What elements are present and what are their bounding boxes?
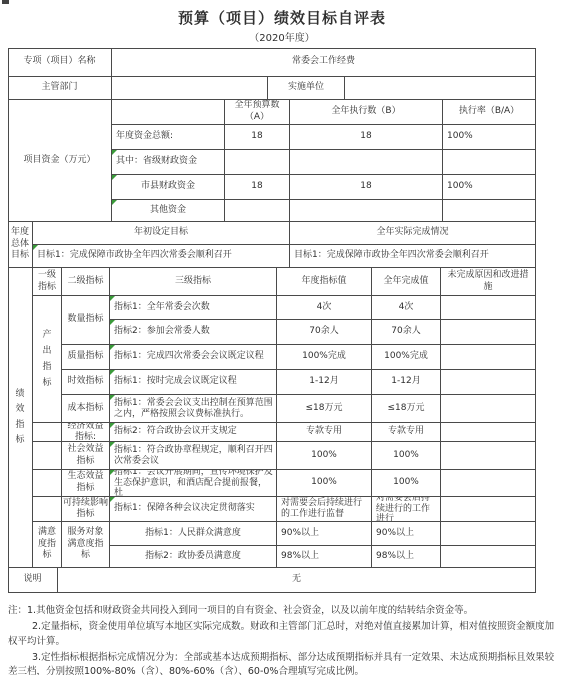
cell-dept-label: 主管部门 — [8, 77, 112, 100]
cell-header-l3: 三级指标 — [110, 268, 277, 296]
cell-text: 执行率（B/A） — [459, 106, 519, 118]
cell-indicator-l3: 指标1：符合政协章程规定，顺利召开四次常委会议 — [110, 442, 277, 470]
cell-col-exec-header: 全年执行数（B） — [290, 100, 443, 125]
cell-indicator-annual: 1-12月 — [277, 370, 372, 395]
cell-header-reason: 未完成原因和改进措施 — [441, 268, 536, 296]
cell-text: 指标1：会议开展期间，宣传环境保护及生态保护意识，和酒店配合提前报餐，杜 — [114, 470, 274, 497]
cell-indicator-annual: 对需要会后持续进行的工作进行监督 — [277, 497, 372, 522]
cell-text: 100%完成 — [302, 351, 346, 363]
cell-text: 二级指标 — [67, 276, 103, 288]
cell-indicator-done: 98%以上 — [372, 546, 441, 568]
cell-text: ≤18万元 — [388, 403, 425, 415]
cell-prov-budget — [225, 150, 290, 175]
cell-project-name-label: 专项（项目）名称 — [8, 48, 112, 77]
cell-text: 数量指标 — [65, 314, 107, 326]
cell-impl-unit-label: 实施单位 — [268, 77, 345, 100]
cell-indicator-reason — [441, 395, 536, 423]
cell-text: 指标2：符合政协会议开支规定 — [114, 426, 237, 438]
cell-group-empty — [33, 497, 62, 522]
cell-group-empty — [33, 423, 62, 442]
cell-l2-social: 社会效益指标 — [62, 442, 110, 470]
cell-total-rate: 100% — [443, 125, 536, 150]
cell-text: 90%以上 — [376, 528, 414, 540]
cell-indicator-done: 对需要会后持续进行的工作进行 — [372, 497, 441, 522]
cell-col-budget-header: 全年预算数（A） — [225, 100, 290, 125]
cell-indicator-reason — [441, 423, 536, 442]
cell-goal-plan-text: 目标1：完成保障市政协全年四次常委会顺利召开 — [33, 245, 290, 268]
cell-indicator-reason — [441, 296, 536, 320]
cell-text: 1-12月 — [391, 376, 420, 388]
cell-text: 100% — [393, 477, 419, 489]
cell-group-output: 产出指标 — [33, 296, 62, 423]
cell-flag-icon — [112, 175, 117, 180]
cell-group-satisfaction: 满意度指标 — [33, 522, 62, 568]
cell-text: 指标2：参加会常委人数 — [114, 326, 210, 338]
cell-flag-icon — [110, 395, 115, 400]
cell-indicator-annual: ≤18万元 — [277, 395, 372, 423]
cell-indicator-l3: 指标1：全年常委会次数 — [110, 296, 277, 320]
cell-flag-icon — [110, 370, 115, 375]
cell-group-empty — [33, 470, 62, 497]
cell-remark-label: 说明 — [8, 568, 58, 593]
cell-indicator-done: 100% — [372, 470, 441, 497]
cell-indicator-l3: 指标2：参加会常委人数 — [110, 320, 277, 345]
cell-text: 目标1：完成保障市政协全年四次常委会顺利召开 — [37, 250, 232, 262]
cell-text: 专项（项目）名称 — [23, 56, 95, 68]
footnote-3: 3.定性指标根据指标完成情况分为：全部或基本达成预期指标、部分达成预期指标并具有… — [8, 651, 556, 675]
cell-text: 90%以上 — [281, 528, 319, 540]
cell-text: 100%完成 — [384, 351, 428, 363]
cell-text: 一级指标 — [36, 270, 58, 293]
cell-header-l2: 二级指标 — [62, 268, 110, 296]
cell-flag-icon — [110, 470, 115, 475]
cell-indicator-annual: 100% — [277, 442, 372, 470]
cell-text: 18 — [251, 181, 262, 193]
cell-text: 4次 — [317, 302, 332, 314]
cell-text: 指标1：人民群众满意度 — [145, 528, 241, 540]
cell-text: 指标1：常委会会议支出控制在预算范围之内，严格按照会议费标准执行。 — [114, 398, 274, 420]
cell-indicator-reason — [441, 442, 536, 470]
cell-text: ≤18万元 — [306, 403, 343, 415]
cell-indicator-done: 4次 — [372, 296, 441, 320]
cell-indicator-reason — [441, 546, 536, 568]
cell-indicator-l3: 指标1：完成四次常委会会议既定议程 — [110, 345, 277, 370]
cell-text: 70余人 — [391, 326, 420, 338]
cell-text: 4次 — [399, 302, 414, 314]
cell-indicator-done: 100%完成 — [372, 345, 441, 370]
cell-indicator-done: ≤18万元 — [372, 395, 441, 423]
cell-text: 指标1：符合政协章程规定，顺利召开四次常委会议 — [114, 445, 274, 467]
cell-text: 项目资金（万元） — [23, 155, 95, 167]
cell-city-exec: 18 — [290, 175, 443, 200]
cell-text: 年度总体目标 — [10, 227, 30, 262]
cell-impl-unit-value — [345, 77, 536, 100]
cell-flag-icon — [112, 200, 117, 205]
cell-indicator-annual: 90%以上 — [277, 522, 372, 546]
cell-text: 100% — [393, 450, 419, 462]
cell-flag-icon — [110, 442, 115, 447]
cell-indicator-done: 70余人 — [372, 320, 441, 345]
cell-city-rate: 100% — [443, 175, 536, 200]
cell-indicator-done: 专款专用 — [372, 423, 441, 442]
page-subtitle: （2020年度） — [0, 29, 564, 44]
cell-text: 年度资金总额: — [116, 131, 173, 143]
cell-total-budget: 18 — [225, 125, 290, 150]
cell-text: 社会效益指标 — [66, 444, 106, 467]
cell-l2-econ: 经济效益指标: — [62, 423, 110, 442]
cell-text: 100% — [447, 131, 473, 143]
cell-other-rate — [443, 200, 536, 222]
page-title: 预算（项目）绩效目标自评表 — [0, 7, 564, 28]
cell-text: 年度指标值 — [301, 276, 346, 288]
cell-text: 无 — [292, 574, 301, 586]
cell-flag-icon — [110, 320, 115, 325]
cell-text: 1-12月 — [309, 376, 338, 388]
cell-text: 经济效益指标: — [64, 423, 108, 442]
cell-flag-icon — [110, 497, 115, 502]
cell-text: 98%以上 — [376, 551, 414, 563]
cell-text: 常委会工作经费 — [292, 56, 355, 68]
cell-text: 目标1：完成保障市政协全年四次常委会顺利召开 — [294, 250, 489, 262]
cell-flag-icon — [33, 245, 38, 250]
cell-text: 全年实际完成情况 — [376, 227, 448, 239]
cell-indicator-reason — [441, 470, 536, 497]
cell-text: 年初设定目标 — [134, 227, 188, 239]
cell-other-budget — [225, 200, 290, 222]
cell-indicator-l3: 指标1：保障各种会议决定贯彻落实 — [110, 497, 277, 522]
cell-indicator-reason — [441, 497, 536, 522]
cell-indicator-l3: 指标1：会议开展期间，宣传环境保护及生态保护意识，和酒店配合提前报餐，杜 — [110, 470, 277, 497]
cell-indicator-done: 100% — [372, 442, 441, 470]
cell-text: 未完成原因和改进措施 — [445, 270, 531, 293]
cell-text: 主管部门 — [41, 82, 77, 94]
cell-l2-sustain: 可持续影响指标 — [62, 497, 110, 522]
cell-indicator-l3: 指标1：常委会会议支出控制在预算范围之内，严格按照会议费标准执行。 — [110, 395, 277, 423]
cell-l2-quantity: 数量指标 — [62, 296, 110, 345]
cell-text: 服务对象满意度指标 — [66, 527, 106, 562]
cell-indicator-l3: 指标2：符合政协会议开支规定 — [110, 423, 277, 442]
cell-other-exec — [290, 200, 443, 222]
cell-indicator-l3: 指标1：按时完成会议既定议程 — [110, 370, 277, 395]
cell-flag-icon — [110, 423, 115, 428]
cell-total-exec: 18 — [290, 125, 443, 150]
cell-l2-eco: 生态效益指标 — [62, 470, 110, 497]
cell-text: 100% — [447, 181, 473, 193]
document-page: 预算（项目）绩效目标自评表 （2020年度） 专项（项目）名称 常委会工作经费 … — [0, 0, 564, 675]
cell-text: 指标1：保障各种会议决定贯彻落实 — [114, 503, 255, 515]
cell-funds-section-label: 项目资金（万元） — [8, 100, 112, 222]
cell-indicator-annual: 100% — [277, 470, 372, 497]
cell-goal-actual-header: 全年实际完成情况 — [290, 222, 536, 245]
footnotes: 注：1.其他资金包括和财政资金共同投入到同一项目的自有资金、社会资金，以及以前年… — [8, 604, 556, 675]
cell-text: 可持续影响指标 — [63, 498, 108, 520]
cell-flag-icon — [112, 150, 117, 155]
cell-other-label: 其他资金 — [112, 200, 225, 222]
cell-indicator-done: 90%以上 — [372, 522, 441, 546]
cell-indicator-reason — [441, 522, 536, 546]
cell-text: 满意度指标 — [36, 527, 58, 562]
cell-text: 18 — [360, 131, 371, 143]
cell-text: 质量指标 — [65, 351, 107, 363]
cell-header-l1: 一级指标 — [33, 268, 62, 296]
cell-city-budget: 18 — [225, 175, 290, 200]
cell-text: 98%以上 — [281, 551, 319, 563]
cell-text: 实施单位 — [288, 82, 324, 94]
cell-l2-cost: 成本指标 — [62, 395, 110, 423]
cell-text: 70余人 — [309, 326, 338, 338]
cell-text: 全年完成值 — [383, 276, 428, 288]
cell-col-rate-header: 执行率（B/A） — [443, 100, 536, 125]
cell-city-label: 市县财政资金 — [112, 175, 225, 200]
cell-indicator-annual: 70余人 — [277, 320, 372, 345]
cell-text: 对需要会后持续进行的工作进行监督 — [281, 498, 369, 520]
cell-text: 指标2：政协委员满意度 — [145, 551, 241, 563]
cell-header-done: 全年完成值 — [372, 268, 441, 296]
cell-text: 指标1：按时完成会议既定议程 — [114, 376, 237, 388]
cell-group-empty — [33, 442, 62, 470]
cell-text: 指标1：全年常委会次数 — [114, 302, 210, 314]
cell-text: 18 — [251, 131, 262, 143]
cell-remark-value: 无 — [58, 568, 536, 593]
scan-artifact — [2, 0, 9, 4]
cell-text: 对需要会后持续进行的工作进行 — [376, 497, 438, 522]
cell-flag-icon — [110, 345, 115, 350]
cell-indicator-reason — [441, 320, 536, 345]
cell-prov-label: 其中：省级财政资金 — [112, 150, 225, 175]
cell-text: 专款专用 — [306, 426, 342, 438]
cell-text: 指标1：完成四次常委会会议既定议程 — [114, 351, 264, 363]
cell-total-label: 年度资金总额: — [112, 125, 225, 150]
cell-indicator-annual: 100%完成 — [277, 345, 372, 370]
cell-text: 三级指标 — [175, 276, 211, 288]
cell-text: 其中：省级财政资金 — [116, 156, 197, 168]
cell-text: 18 — [360, 181, 371, 193]
cell-goal-plan-header: 年初设定目标 — [33, 222, 290, 245]
cell-flag-icon — [110, 296, 115, 301]
cell-text: 时效指标 — [65, 376, 107, 388]
cell-dept-value — [112, 77, 268, 100]
cell-text: 专款专用 — [388, 426, 424, 438]
cell-l2-quality: 质量指标 — [62, 345, 110, 370]
cell-indicator-l3: 指标1：人民群众满意度 — [110, 522, 277, 546]
cell-l2-service: 服务对象满意度指标 — [62, 522, 110, 568]
cell-text: 100% — [311, 450, 337, 462]
cell-text: 产出指标 — [42, 327, 52, 392]
cell-prov-rate — [443, 150, 536, 175]
cell-text: 说明 — [23, 574, 41, 586]
cell-text: 其他资金 — [150, 205, 186, 217]
cell-indicator-l3: 指标2：政协委员满意度 — [110, 546, 277, 568]
cell-text: 成本指标 — [65, 403, 107, 415]
cell-text: 绩效指标 — [15, 387, 25, 448]
footnote-2: 2.定量指标，资金使用单位填写本地区实际完成数。财政和主管部门汇总时，对绝对值直… — [8, 620, 556, 649]
cell-header-annual: 年度指标值 — [277, 268, 372, 296]
cell-perf-row-label: 绩效指标 — [8, 268, 33, 568]
cell-text: 全年执行数（B） — [331, 106, 400, 118]
cell-text: 市县财政资金 — [141, 181, 195, 193]
cell-indicator-done: 1-12月 — [372, 370, 441, 395]
cell-indicator-reason — [441, 370, 536, 395]
footnote-1: 注：1.其他资金包括和财政资金共同投入到同一项目的自有资金、社会资金，以及以前年… — [8, 604, 556, 618]
cell-project-name-value: 常委会工作经费 — [112, 48, 536, 77]
cell-indicator-annual: 专款专用 — [277, 423, 372, 442]
cell-goal-actual-text: 目标1：完成保障市政协全年四次常委会顺利召开 — [290, 245, 536, 268]
cell-prov-exec — [290, 150, 443, 175]
cell-text: 100% — [311, 477, 337, 489]
cell-indicator-reason — [441, 345, 536, 370]
cell-goal-row-label: 年度总体目标 — [8, 222, 33, 268]
cell-indicator-annual: 98%以上 — [277, 546, 372, 568]
cell-text: 全年预算数（A） — [229, 100, 285, 123]
cell-l2-time: 时效指标 — [62, 370, 110, 395]
cell-empty — [112, 100, 225, 125]
cell-text: 生态效益指标 — [66, 471, 106, 494]
cell-indicator-annual: 4次 — [277, 296, 372, 320]
